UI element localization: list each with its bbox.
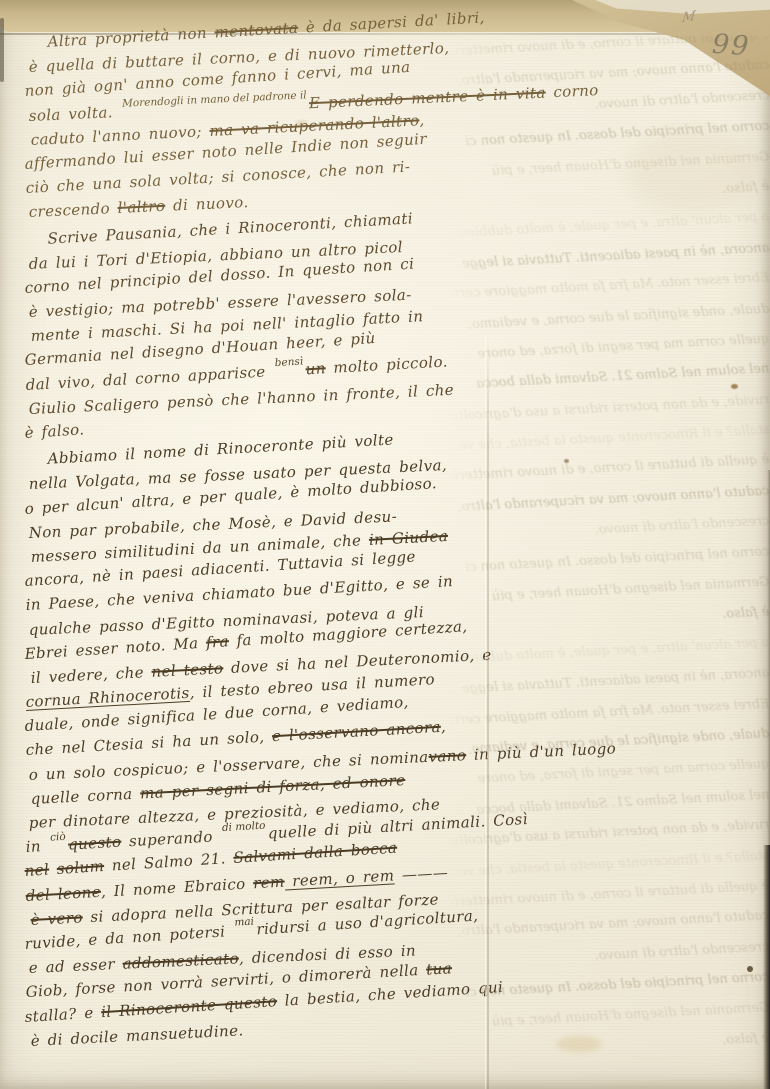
ink-stain — [747, 966, 753, 972]
ink-segment: superando — [121, 827, 221, 851]
strike-segment: un — [305, 359, 326, 378]
strike-segment: nel testo — [151, 659, 224, 681]
corner-mark: M — [681, 9, 696, 27]
strike-segment: è vero — [30, 908, 83, 929]
strike-segment: solum — [56, 857, 104, 878]
paper-stain — [296, 120, 308, 126]
ink-segment: ——— — [394, 863, 449, 884]
ink-segment: , — [419, 111, 425, 129]
strike-segment: tua — [426, 960, 453, 979]
strike-segment: mentovata — [214, 19, 299, 42]
fold-crease-highlight — [485, 335, 486, 1089]
manuscript-sheet: M 99 è quella di buttare il corno, e di … — [0, 0, 770, 1089]
ink-segment: sola volta. — [28, 102, 121, 124]
ink-segment: e ad esser — [28, 955, 123, 977]
manuscript-paragraph: Altra proprietà non mentovata è da saper… — [26, 34, 466, 228]
insert-above-segment: di molto — [222, 820, 266, 834]
strike-segment: vano — [428, 746, 466, 766]
ink-stain — [731, 384, 738, 389]
strike-segment: fra — [205, 632, 229, 651]
ink-segment: corno — [545, 81, 599, 101]
ink-segment: crescendo — [28, 199, 118, 221]
ink-segment: , — [440, 718, 446, 736]
manuscript-paragraph: Scrive Pausania, che i Rinoceronti, chia… — [26, 231, 466, 449]
right-edge-shadow-lower — [763, 845, 770, 1089]
ink-segment: è falso. — [24, 420, 85, 442]
strike-segment: questo — [68, 833, 122, 854]
fold-crease-vertical — [487, 335, 489, 1089]
strike-segment: l'altro — [117, 197, 165, 217]
left-edge-mark — [0, 18, 4, 82]
strike-segment: nel — [24, 861, 50, 881]
insert-above-segment: ciò — [50, 831, 66, 844]
ink-segment: in — [25, 837, 49, 856]
strike-segment: rem — [253, 872, 285, 892]
ink-stain — [564, 459, 569, 463]
insert-above-segment: mai — [234, 916, 254, 929]
strike-segment: del leone — [25, 882, 101, 904]
ink-segment: molto piccolo. — [325, 352, 448, 377]
manuscript-paragraph: Abbiamo il nome di Rinoceronte più volte… — [26, 451, 466, 1056]
text-column: Altra proprietà non mentovata è da saper… — [26, 34, 466, 1059]
insert-above-segment: bensì — [274, 355, 303, 369]
paper-mottle — [628, 128, 758, 214]
paper-stain — [556, 1036, 602, 1052]
ink-segment: di nuovo. — [165, 193, 249, 215]
strike-segment: addomesticato — [122, 950, 239, 973]
ink-segment: reem, o rem — [284, 866, 395, 890]
